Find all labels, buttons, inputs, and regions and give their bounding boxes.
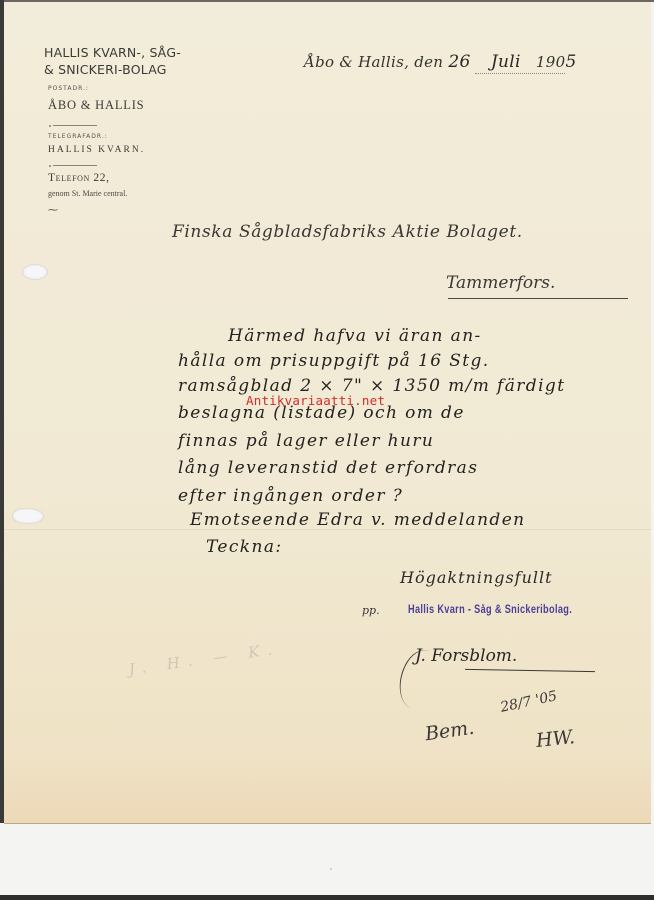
dateline-month: Juli xyxy=(491,52,521,72)
company-line-1: HALLIS KVARN-, SÅG- xyxy=(44,44,181,61)
body-line: finnas på lager eller huru xyxy=(178,431,434,451)
scan-bottom-edge xyxy=(0,895,654,900)
dateline: Åbo & Hallis, den 26 Juli 1905 xyxy=(304,52,577,72)
letterhead-divider xyxy=(53,125,97,126)
closing-salutation: Högaktningsfullt xyxy=(400,568,553,587)
watermark: Antikvariaatti.net xyxy=(246,393,385,408)
dateline-year-handwritten: 5 xyxy=(565,52,576,72)
dateline-dotted-rule xyxy=(475,73,565,74)
answered-initials: HW. xyxy=(535,726,576,752)
company-line-2: & SNICKERI-BOLAG xyxy=(44,61,181,78)
flourish-ornament-icon: ⁓ xyxy=(48,205,58,216)
punch-hole-top xyxy=(22,264,48,280)
body-line: Emotseende Edra v. meddelanden xyxy=(190,510,526,530)
body-line: lång leveranstid det erfordras xyxy=(178,458,478,478)
postadr-label: POSTADR.: xyxy=(48,85,89,92)
body-line: Teckna: xyxy=(206,537,283,557)
letterhead-company-name: HALLIS KVARN-, SÅG- & SNICKERI-BOLAG xyxy=(44,44,181,78)
dateline-year-printed: 190 xyxy=(536,53,566,71)
postadr-value: ÅBO & HALLIS xyxy=(48,98,144,113)
letterhead-divider xyxy=(53,165,97,166)
telegrafadr-label: TELEGRAFADR.: xyxy=(48,133,108,140)
punch-hole-bottom xyxy=(12,508,44,524)
addressee-company: Finska Sågbladsfabriks Aktie Bolaget. xyxy=(172,222,523,242)
addressee-city-underline xyxy=(448,298,628,299)
per-procura: pp. xyxy=(362,604,380,617)
divider-dot xyxy=(49,125,51,127)
telegrafadr-value: HALLIS KVARN. xyxy=(48,145,145,155)
dateline-place: Åbo & Hallis, den xyxy=(304,53,443,71)
company-stamp: Hallis Kvarn - Såg & Snickeribolag. xyxy=(408,604,572,616)
telefon-note: genom St. Marie central. xyxy=(48,189,127,198)
telefon-number: Telefon 22, xyxy=(48,172,110,184)
scan-speck xyxy=(330,868,332,870)
addressee-city: Tammerfors. xyxy=(446,273,555,293)
body-line: Härmed hafva vi äran an- xyxy=(228,326,482,346)
dateline-day: 26 xyxy=(448,52,470,72)
body-line: efter ingången order ? xyxy=(178,486,403,506)
divider-dot xyxy=(49,165,51,167)
signature: J. Forsblom. xyxy=(415,646,517,666)
body-line: hålla om prisuppgift på 16 Stg. xyxy=(178,351,490,371)
